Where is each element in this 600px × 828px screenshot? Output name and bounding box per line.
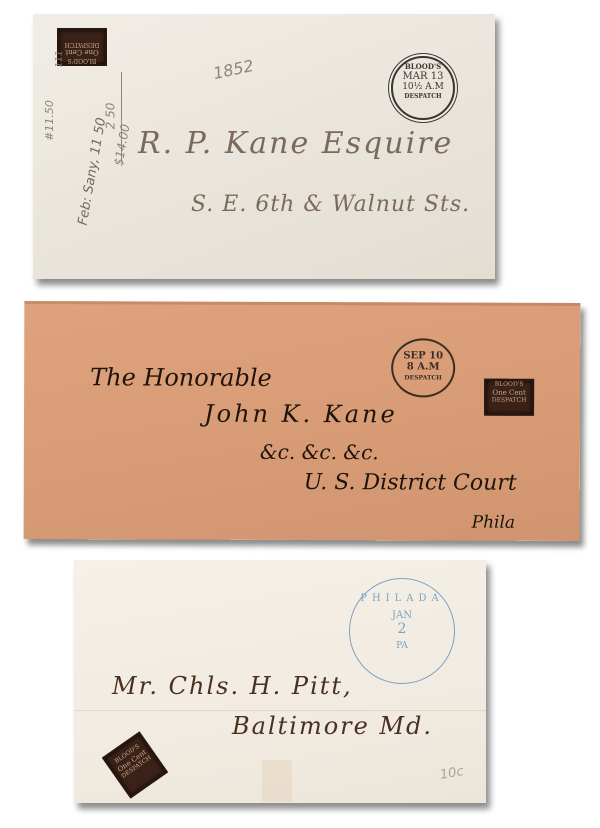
postmark-time: 8 A.M [393,361,453,372]
address-line-5: Phila [472,513,515,533]
address-line-1: Mr. Chls. H. Pitt, [112,672,353,700]
postmark-bottom: DESPATCH [393,374,453,381]
address-line-3: &c. &c. &c. [260,440,379,464]
postmark-day: 2 [350,621,454,637]
stamp-text: DESPATCH [59,40,105,48]
address-line-1: The Honorable [90,363,272,392]
postmark-month: JAN [350,610,454,621]
address-line-2: John K. Kane [204,400,398,429]
address-line-2: Baltimore Md. [232,712,433,740]
philadelphia-postmark: PHILADA JAN 2 PA [349,578,455,684]
seal-remnant [262,760,292,802]
address-line-4: U. S. District Court [304,470,517,496]
stamp-text: BLOOD'S [486,381,532,389]
address-line-2: S. E. 6th & Walnut Sts. [191,192,470,217]
pencil-price: 10c [439,764,465,783]
fold-line [24,301,580,306]
side-note: Feb: Sany, 11 50 [76,117,110,227]
stamp-text: One Cent [59,48,105,56]
side-note: #11.50 [43,100,56,141]
side-note: 2 50 [103,103,117,130]
bloods-despatch-stamp: BLOOD'S One Cent DESPATCH [102,731,168,798]
cover-envelope-1: BLOOD'S One Cent DESPATCH BLOOD'S MAR 13… [33,14,495,279]
stamp-text: DESPATCH [486,397,532,405]
postmark-bottom: DESPATCH [393,93,453,100]
postmark-top: BLOOD'S [393,62,453,71]
bloods-despatch-stamp: BLOOD'S One Cent DESPATCH [484,379,534,416]
address-line-1: R. P. Kane Esquire [138,126,453,161]
postmark-time: 10½ A.M [393,82,453,92]
stamp-text: One Cent [486,389,532,397]
pencil-rule [121,72,122,162]
stamp-text: BLOOD'S [59,56,105,64]
pencil-year: 1852 [211,56,255,83]
postmark-date: MAR 13 [393,71,453,82]
fold-line [74,710,486,711]
side-note: 111 [55,50,65,67]
bloods-postmark: SEP 10 8 A.M DESPATCH [391,338,455,397]
cover-envelope-3: PHILADA JAN 2 PA Mr. Chls. H. Pitt, Balt… [74,560,486,803]
bloods-postmark: BLOOD'S MAR 13 10½ A.M DESPATCH [391,56,455,120]
side-note: $14.00 [111,123,132,167]
cover-envelope-2: SEP 10 8 A.M DESPATCH BLOOD'S One Cent D… [24,301,581,541]
postmark-city: PHILADA [350,593,454,604]
postmark-date: SEP 10 [393,350,453,361]
postmark-state: PA [350,641,454,651]
